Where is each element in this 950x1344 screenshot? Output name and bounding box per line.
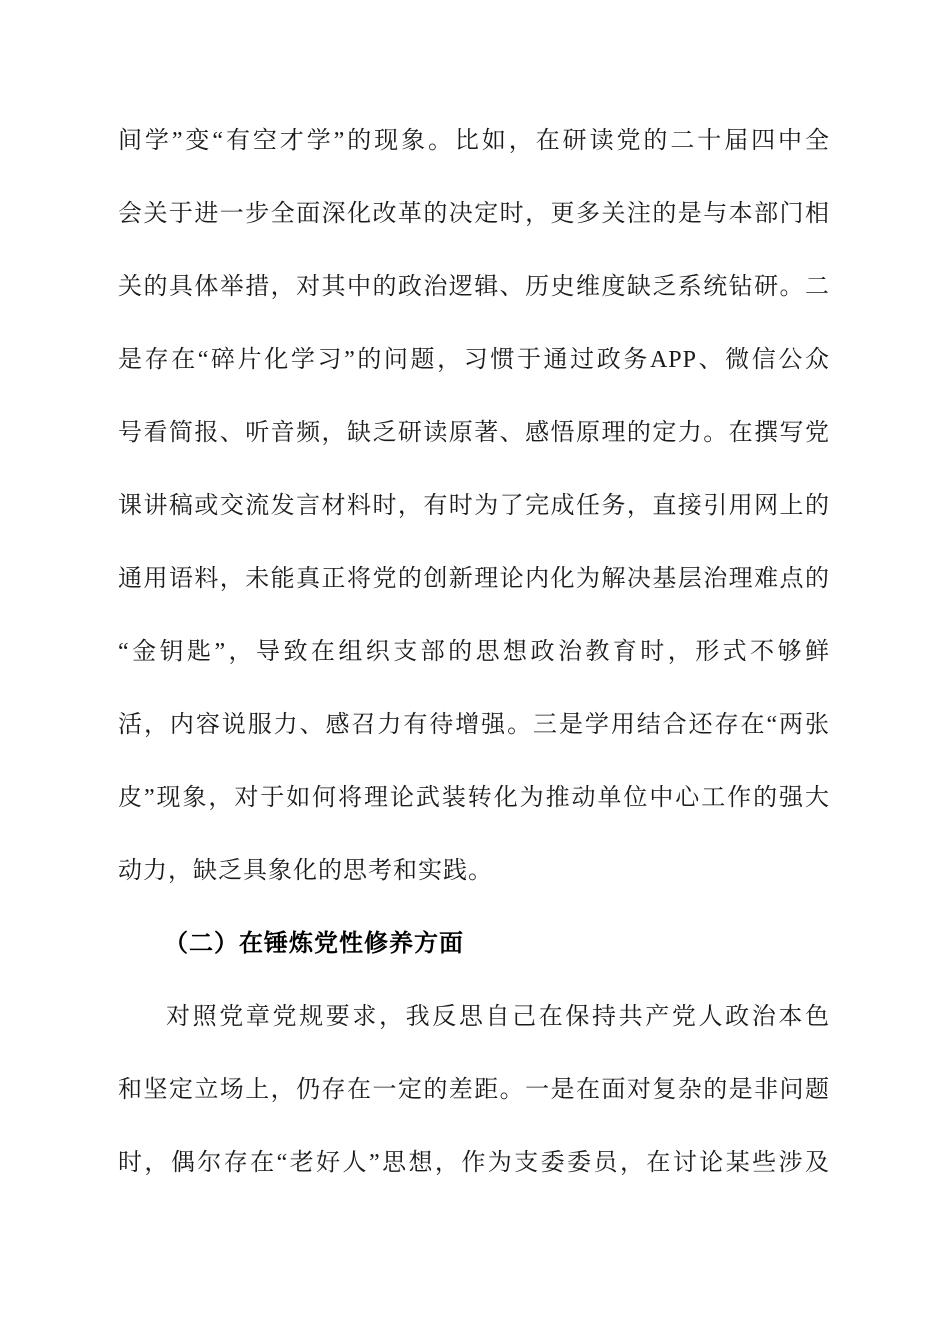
text-line: 课讲稿或交流发言材料时，有时为了完成任务，直接引用网上的 [118, 470, 830, 543]
text-line: 皮”现象，对于如何将理论武装转化为推动单位中心工作的强大 [118, 762, 830, 835]
text-line: 和坚定立场上，仍存在一定的差距。一是在面对复杂的是非问题 [118, 1054, 830, 1127]
paragraph-continuation: 间学”变“有空才学”的现象。比如，在研读党的二十届四中全 会关于进一步全面深化改… [118, 105, 830, 908]
section-heading: （二）在锤炼党性修养方面 [118, 908, 830, 981]
text-line: 间学”变“有空才学”的现象。比如，在研读党的二十届四中全 [118, 105, 830, 178]
text-line: 是存在“碎片化学习”的问题，习惯于通过政务APP、微信公众 [118, 324, 830, 397]
document-content: 间学”变“有空才学”的现象。比如，在研读党的二十届四中全 会关于进一步全面深化改… [118, 105, 830, 1200]
text-line: 时，偶尔存在“老好人”思想，作为支委委员，在讨论某些涉及 [118, 1127, 830, 1200]
section-heading-block: （二）在锤炼党性修养方面 [118, 908, 830, 981]
text-line: 动力，缺乏具象化的思考和实践。 [118, 835, 830, 908]
text-line: “金钥匙”，导致在组织支部的思想政治教育时，形式不够鲜 [118, 616, 830, 689]
text-line: 号看简报、听音频，缺乏研读原著、感悟原理的定力。在撰写党 [118, 397, 830, 470]
text-line: 通用语料，未能真正将党的创新理论内化为解决基层治理难点的 [118, 543, 830, 616]
text-line: 关的具体举措，对其中的政治逻辑、历史维度缺乏系统钻研。二 [118, 251, 830, 324]
paragraph-2: 对照党章党规要求，我反思自己在保持共产党人政治本色 和坚定立场上，仍存在一定的差… [118, 981, 830, 1200]
document-page: 间学”变“有空才学”的现象。比如，在研读党的二十届四中全 会关于进一步全面深化改… [0, 0, 950, 1344]
text-line: 会关于进一步全面深化改革的决定时，更多关注的是与本部门相 [118, 178, 830, 251]
text-line: 对照党章党规要求，我反思自己在保持共产党人政治本色 [118, 981, 830, 1054]
text-line: 活，内容说服力、感召力有待增强。三是学用结合还存在“两张 [118, 689, 830, 762]
